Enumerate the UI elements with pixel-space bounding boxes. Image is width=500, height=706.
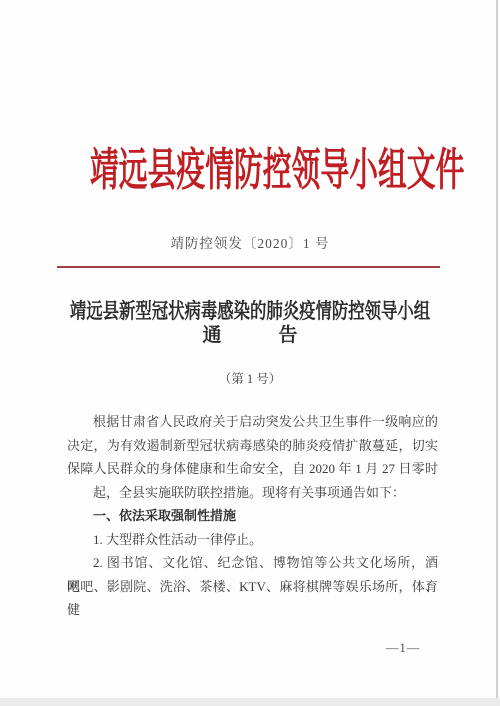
doc-number: 靖防控领发〔2020〕1 号 xyxy=(0,232,500,252)
red-divider-line xyxy=(57,266,440,268)
notice-body: 根据甘肃省人民政府关于启动突发公共卫生事件一级响应的 决定，为有效遏制新型冠状病… xyxy=(67,410,438,598)
issue-number: （第 1 号） xyxy=(0,369,500,387)
page-bottom-edge xyxy=(0,698,500,706)
body-line: 决定，为有效遏制新型冠状病毒感染的肺炎疫情扩散蔓延，切实 xyxy=(67,434,438,458)
body-line: 根据甘肃省人民政府关于启动突发公共卫生事件一级响应的 xyxy=(67,410,438,434)
notice-type-label: 通 告 xyxy=(0,320,500,347)
section-heading: 一、依法采取强制性措施 xyxy=(67,504,438,528)
letterhead-title: 靖远县疫情防控领导小组文件 xyxy=(90,148,410,193)
page-right-edge xyxy=(496,0,498,706)
body-line: 网吧、影剧院、洗浴、茶楼、KTV、麻将棋牌等娱乐场所，体育健 xyxy=(67,575,438,599)
body-line: 1. 大型群众性活动一律停止。 xyxy=(67,528,438,552)
document-page: 靖远县疫情防控领导小组文件 靖防控领发〔2020〕1 号 靖远县新型冠状病毒感染… xyxy=(0,0,500,706)
body-line: 保障人民群众的身体健康和生命安全，自 2020 年 1 月 27 日零时 xyxy=(67,457,438,481)
body-line: 起，全县实施联防联控措施。现将有关事项通告如下： xyxy=(67,481,438,505)
page-number: —1— xyxy=(386,641,420,656)
body-line: 2. 图书馆、文化馆、纪念馆、博物馆等公共文化场所，酒吧、 xyxy=(67,551,438,575)
